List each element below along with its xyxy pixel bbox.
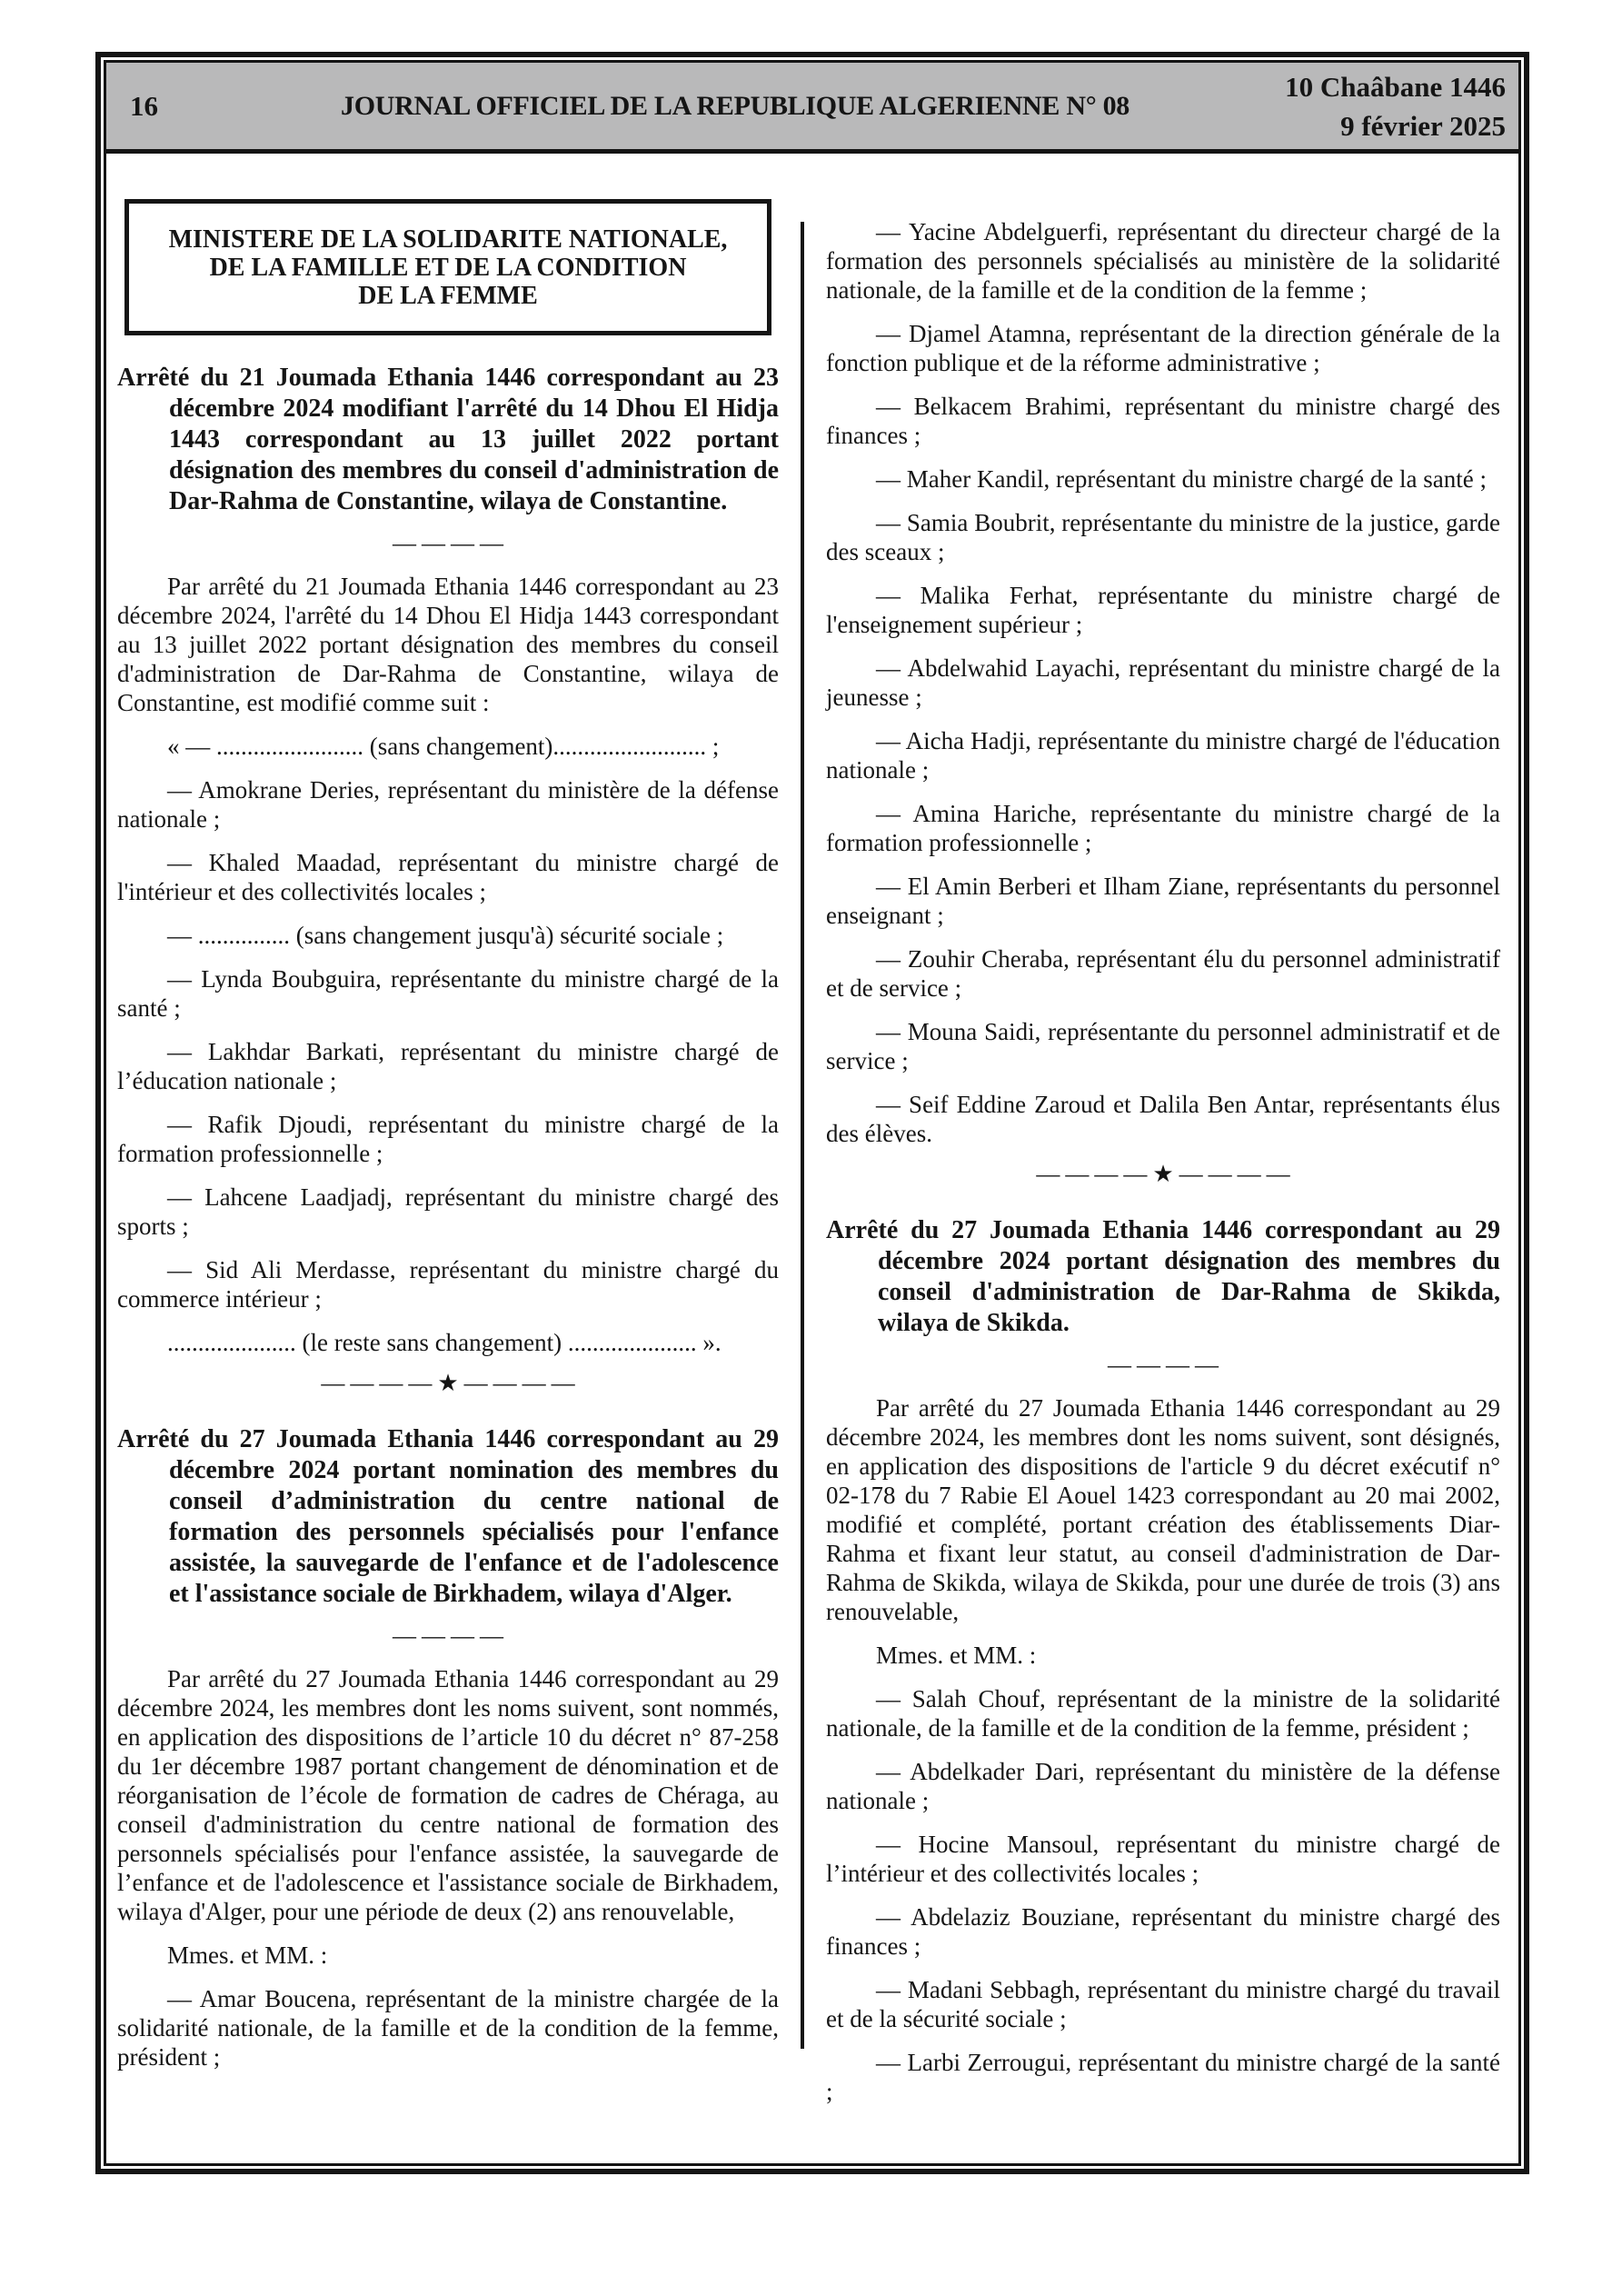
arrete2-heading: Arrêté du 27 Joumada Ethania 1446 corres… — [117, 1424, 779, 1610]
right-column-wrap: — Yacine Abdelguerfi, représentant du di… — [826, 154, 1500, 2106]
salutation: Mmes. et MM. : — [826, 1641, 1500, 1670]
page-frame-inner: 16 JOURNAL OFFICIEL DE LA REPUBLIQUE ALG… — [104, 60, 1521, 2166]
arrete2-intro: Par arrêté du 27 Joumada Ethania 1446 co… — [117, 1664, 779, 1926]
arrete1-heading: Arrêté du 21 Joumada Ethania 1446 corres… — [117, 363, 779, 517]
page-frame: 16 JOURNAL OFFICIEL DE LA REPUBLIQUE ALG… — [95, 52, 1529, 2174]
dash-separator: ———— — [826, 1352, 1500, 1379]
page-content: MINISTERE DE LA SOLIDARITE NATIONALE, DE… — [106, 154, 1518, 2106]
member-item: — Mouna Saidi, représentante du personne… — [826, 1017, 1500, 1075]
member-item: — El Amin Berberi et Ilham Ziane, représ… — [826, 872, 1500, 930]
ministry-title-line: DE LA FEMME — [129, 282, 767, 310]
member-item: — Amokrane Deries, représentant du minis… — [117, 775, 779, 834]
member-item: — Djamel Atamna, représentant de la dire… — [826, 319, 1500, 377]
dash-separator: ———— — [117, 1622, 779, 1650]
arrete3-heading: Arrêté du 27 Joumada Ethania 1446 corres… — [826, 1215, 1500, 1339]
page-number: 16 — [130, 90, 158, 123]
member-item: — Abdelaziz Bouziane, représentant du mi… — [826, 1902, 1500, 1961]
member-item: — Malika Ferhat, représentante du minist… — [826, 581, 1500, 639]
star-separator: ————★———— — [826, 1161, 1500, 1188]
ministry-title-line: MINISTERE DE LA SOLIDARITE NATIONALE, — [129, 225, 767, 254]
member-item: — Aicha Hadji, représentante du ministre… — [826, 726, 1500, 784]
member-item: — Abdelkader Dari, représentant du minis… — [826, 1757, 1500, 1815]
member-item: — Samia Boubrit, représentante du minist… — [826, 508, 1500, 566]
star-separator: ————★———— — [117, 1370, 779, 1397]
dash-separator: ———— — [117, 530, 779, 557]
member-item: — Lahcene Laadjadj, représentant du mini… — [117, 1183, 779, 1241]
member-item: — Lakhdar Barkati, représentant du minis… — [117, 1037, 779, 1095]
arrete3-intro: Par arrêté du 27 Joumada Ethania 1446 co… — [826, 1393, 1500, 1626]
member-item: — Seif Eddine Zaroud et Dalila Ben Antar… — [826, 1090, 1500, 1148]
salutation: Mmes. et MM. : — [117, 1941, 779, 1970]
journal-header: 16 JOURNAL OFFICIEL DE LA REPUBLIQUE ALG… — [106, 63, 1518, 154]
member-item: — Lynda Boubguira, représentante du mini… — [117, 964, 779, 1023]
member-item: — Hocine Mansoul, représentant du minist… — [826, 1830, 1500, 1888]
member-item: « — ........................ (sans chang… — [117, 732, 779, 761]
journal-title: JOURNAL OFFICIEL DE LA REPUBLIQUE ALGERI… — [224, 91, 1246, 122]
member-item: — Salah Chouf, représentant de la minist… — [826, 1684, 1500, 1742]
member-item: — Madani Sebbagh, représentant du minist… — [826, 1975, 1500, 2033]
member-item: — Amina Hariche, représentante du minist… — [826, 799, 1500, 857]
date-gregorian: 9 février 2025 — [1285, 106, 1506, 145]
member-item: — Belkacem Brahimi, représentant du mini… — [826, 392, 1500, 450]
column-divider — [801, 222, 804, 2049]
left-column: MINISTERE DE LA SOLIDARITE NATIONALE, DE… — [117, 154, 779, 2106]
member-item: — Yacine Abdelguerfi, représentant du di… — [826, 217, 1500, 304]
member-item: — Zouhir Cheraba, représentant élu du pe… — [826, 944, 1500, 1003]
ministry-title-line: DE LA FAMILLE ET DE LA CONDITION — [129, 254, 767, 282]
member-item: — Larbi Zerrougui, représentant du minis… — [826, 2048, 1500, 2106]
right-column: — Yacine Abdelguerfi, représentant du di… — [826, 154, 1500, 2106]
member-item: — Sid Ali Merdasse, représentant du mini… — [117, 1255, 779, 1313]
member-item: — Amar Boucena, représentant de la minis… — [117, 1984, 779, 2071]
member-item: — Maher Kandil, représentant du ministre… — [826, 464, 1500, 494]
date-hijri: 10 Chaâbane 1446 — [1285, 67, 1506, 106]
ministry-title-box: MINISTERE DE LA SOLIDARITE NATIONALE, DE… — [124, 199, 771, 335]
arrete1-intro: Par arrêté du 21 Joumada Ethania 1446 co… — [117, 572, 779, 717]
member-item: — Abdelwahid Layachi, représentant du mi… — [826, 654, 1500, 712]
member-item: — Rafik Djoudi, représentant du ministre… — [117, 1110, 779, 1168]
closing-dots-line: ..................... (le reste sans cha… — [117, 1328, 779, 1357]
issue-dates: 10 Chaâbane 1446 9 février 2025 — [1285, 67, 1506, 145]
member-item: — ............... (sans changement jusqu… — [117, 921, 779, 950]
member-item: — Khaled Maadad, représentant du ministr… — [117, 848, 779, 906]
